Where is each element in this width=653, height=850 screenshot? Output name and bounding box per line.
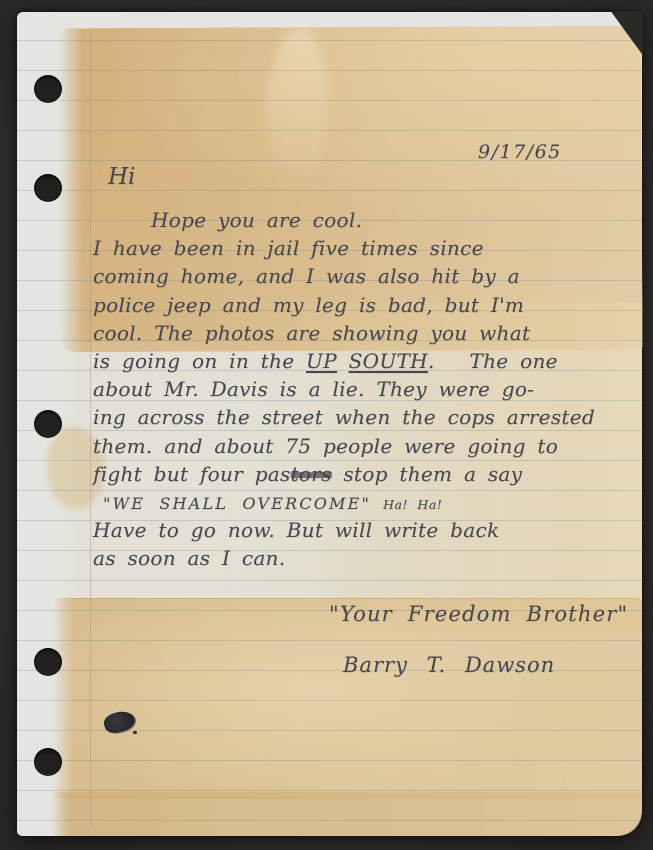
letter-date: 9/17/65 (478, 141, 562, 163)
punch-hole-4 (34, 648, 62, 676)
ink-blot-dot (133, 731, 137, 734)
line10-scribbled-word-end: tors (291, 462, 332, 486)
letter-closing: "Your Freedom Brother" (329, 602, 628, 626)
letter-line-13: as soon as I can. (93, 546, 639, 574)
letter-line-5: cool. The photos are showing you what (93, 321, 639, 349)
letter-signature: Barry T. Dawson (343, 653, 555, 677)
we-shall-overcome-text: "WE SHALL OVERCOME" (103, 494, 371, 513)
ha-ha-text: Ha! Ha! (383, 497, 442, 512)
line6-mid (337, 349, 349, 373)
letter-line-3: coming home, and I was also hit by a (93, 264, 639, 292)
punch-hole-3 (34, 410, 62, 438)
line10-a: fight but four pas (93, 462, 291, 486)
letter-line-10-pastors: fight but four pastors stop them a say (93, 462, 639, 490)
letter-line-4: police jeep and my leg is bad, but I'm (93, 293, 639, 321)
letter-body: Hope you are cool. I have been in jail f… (93, 208, 639, 574)
letter-line-8: ing across the street when the cops arre… (93, 405, 639, 433)
letter-greeting: Hi (108, 164, 135, 190)
letter-line-6-up-south: is going on in the UP SOUTH. The one (93, 349, 639, 377)
line6-post: . The one (428, 349, 558, 373)
line6-pre: is going on in the (93, 349, 306, 373)
letter-line-11-overcome: "WE SHALL OVERCOME"Ha! Ha! (93, 490, 639, 518)
letter-page: 9/17/65 Hi Hope you are cool. I have bee… (17, 12, 642, 836)
letter-line-12: Have to go now. But will write back (93, 518, 639, 546)
punch-hole-2 (34, 174, 62, 202)
punch-hole-5 (34, 748, 62, 776)
punch-hole-1 (34, 75, 62, 103)
scanner-background: 9/17/65 Hi Hope you are cool. I have bee… (0, 0, 653, 850)
letter-line-7: about Mr. Davis is a lie. They were go- (93, 377, 639, 405)
letter-line-9: them. and about 75 people were going to (93, 434, 639, 462)
line10-c: stop them a say (332, 462, 523, 486)
margin-line (90, 32, 91, 828)
line6-up-underlined: UP (306, 349, 337, 373)
line6-south-underlined: SOUTH (349, 349, 428, 373)
letter-line-1: Hope you are cool. (93, 208, 639, 236)
letter-line-2: I have been in jail five times since (93, 236, 639, 264)
